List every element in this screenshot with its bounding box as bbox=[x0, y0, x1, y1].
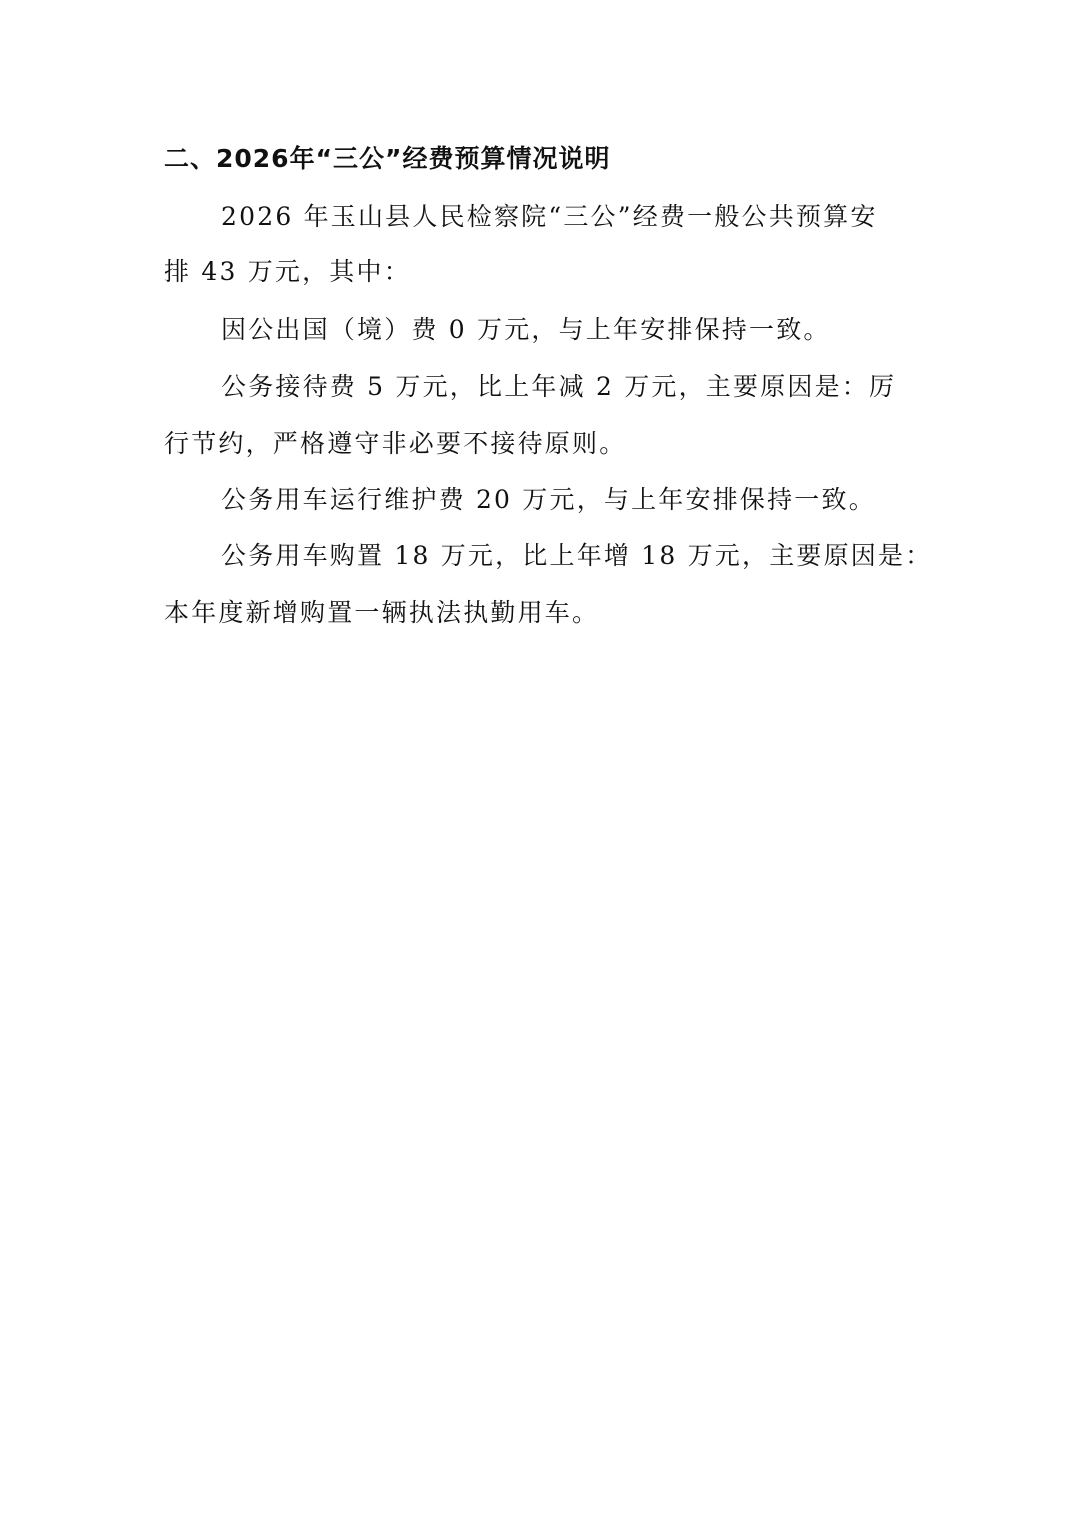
overseas-travel-line: 因公出国（境）费 0 万元，与上年安排保持一致。 bbox=[221, 311, 831, 349]
vehicle-operation-line: 公务用车运行维护费 20 万元，与上年安排保持一致。 bbox=[221, 481, 876, 519]
summary-line-1: 2026 年玉山县人民检察院“三公”经费一般公共预算安 bbox=[221, 198, 878, 236]
official-reception-line-1: 公务接待费 5 万元，比上年减 2 万元，主要原因是：厉 bbox=[221, 368, 896, 406]
vehicle-purchase-line-1: 公务用车购置 18 万元，比上年增 18 万元，主要原因是： bbox=[221, 537, 932, 575]
official-reception-line-2: 行节约，严格遵守非必要不接待原则。 bbox=[164, 425, 626, 463]
document-page: 二、2026年“三公”经费预算情况说明 2026 年玉山县人民检察院“三公”经费… bbox=[0, 0, 1074, 1520]
vehicle-purchase-line-2: 本年度新增购置一辆执法执勤用车。 bbox=[164, 594, 599, 632]
summary-line-2: 排 43 万元，其中： bbox=[164, 253, 411, 291]
section-heading: 二、2026年“三公”经费预算情况说明 bbox=[164, 140, 610, 178]
